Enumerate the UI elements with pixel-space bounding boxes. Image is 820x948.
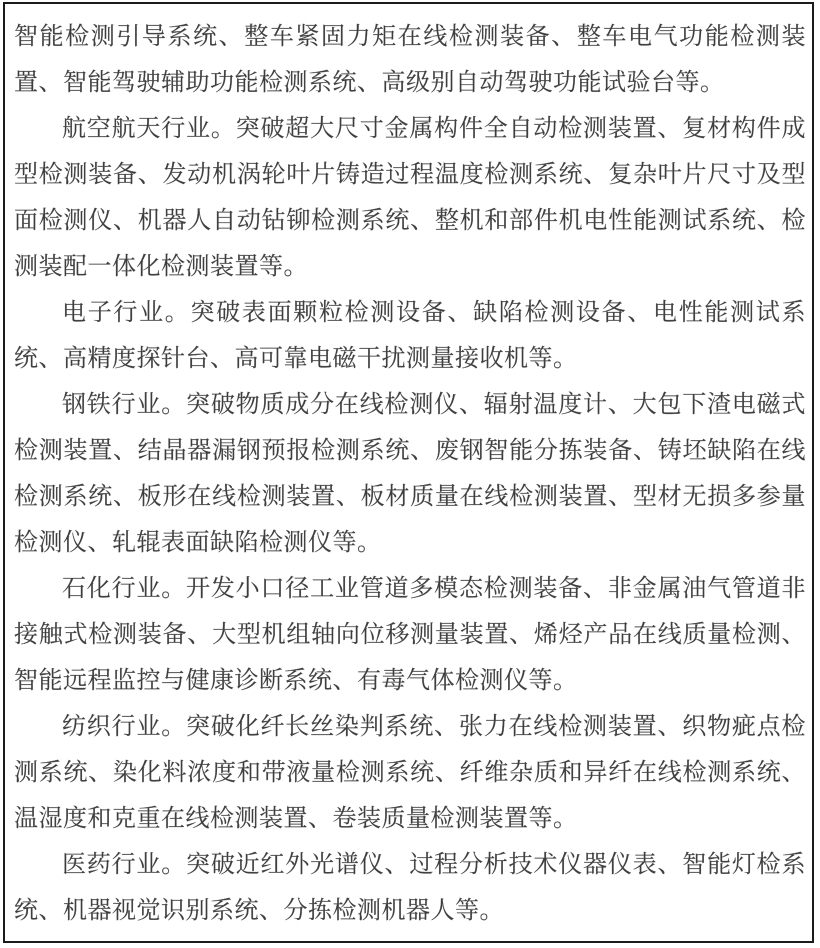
document-body: 智能检测引导系统、整车紧固力矩在线检测装备、整车电气功能检测装置、智能驾驶辅助功… (14, 14, 806, 934)
paragraph-textile: 纺织行业。突破化纤长丝染判系统、张力在线检测装置、织物疵点检测系统、染化料浓度和… (14, 704, 806, 842)
paragraph-petrochemical: 石化行业。开发小口径工业管道多模态检测装备、非金属油气管道非接触式检测装备、大型… (14, 566, 806, 704)
paragraph-aerospace: 航空航天行业。突破超大尺寸金属构件全自动检测装置、复材构件成型检测装备、发动机涡… (14, 106, 806, 290)
paragraph: 智能检测引导系统、整车紧固力矩在线检测装备、整车电气功能检测装置、智能驾驶辅助功… (14, 14, 806, 106)
paragraph-steel: 钢铁行业。突破物质成分在线检测仪、辐射温度计、大包下渣电磁式检测装置、结晶器漏钢… (14, 382, 806, 566)
paragraph-electronics: 电子行业。突破表面颗粒检测设备、缺陷检测设备、电性能测试系统、高精度探针台、高可… (14, 290, 806, 382)
paragraph-pharmaceutical: 医药行业。突破近红外光谱仪、过程分析技术仪器仪表、智能灯检系统、机器视觉识别系统… (14, 842, 806, 934)
document-page: 智能检测引导系统、整车紧固力矩在线检测装备、整车电气功能检测装置、智能驾驶辅助功… (0, 0, 820, 948)
